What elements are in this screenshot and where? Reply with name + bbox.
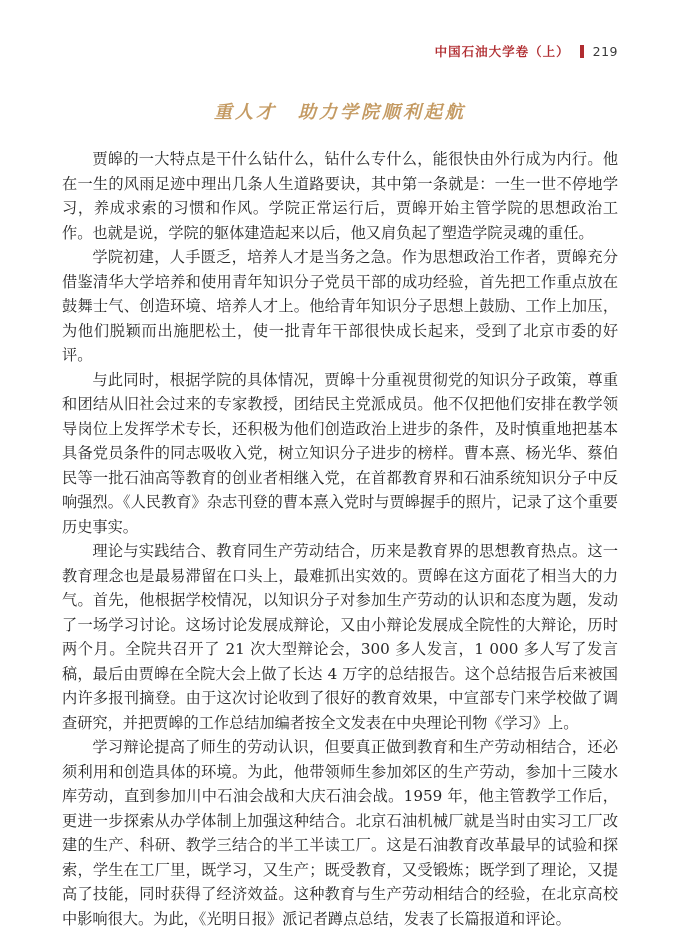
- paragraph-3: 与此同时，根据学院的具体情况，贾皞十分重视贯彻党的知识分子政策，尊重和团结从旧社…: [62, 368, 618, 540]
- article-title: 重人才 助力学院顺利起航: [0, 0, 680, 126]
- paragraph-5: 学习辩论提高了师生的劳动认识，但要真正做到教育和生产劳动相结合，还必须利用和创造…: [62, 735, 618, 931]
- article-body: 贾皞的一大特点是干什么钻什么，钻什么专什么，能很快由外行成为内行。他在一生的风雨…: [62, 147, 618, 931]
- document-page: 中国石油大学卷（上） 219 重人才 助力学院顺利起航 贾皞的一大特点是干什么钻…: [0, 0, 680, 945]
- header-page-number: 219: [593, 44, 618, 59]
- paragraph-1: 贾皞的一大特点是干什么钻什么，钻什么专什么，能很快由外行成为内行。他在一生的风雨…: [62, 147, 618, 245]
- paragraph-2: 学院初建，人手匮乏，培养人才是当务之急。作为思想政治工作者，贾皞充分借鉴清华大学…: [62, 245, 618, 368]
- paragraph-4: 理论与实践结合、教育同生产劳动结合，历来是教育界的思想教育热点。这一教育理念也是…: [62, 539, 618, 735]
- header-book-title: 中国石油大学卷（上）: [435, 44, 570, 59]
- header-divider-bar: [580, 45, 584, 58]
- page-header: 中国石油大学卷（上） 219: [435, 44, 618, 59]
